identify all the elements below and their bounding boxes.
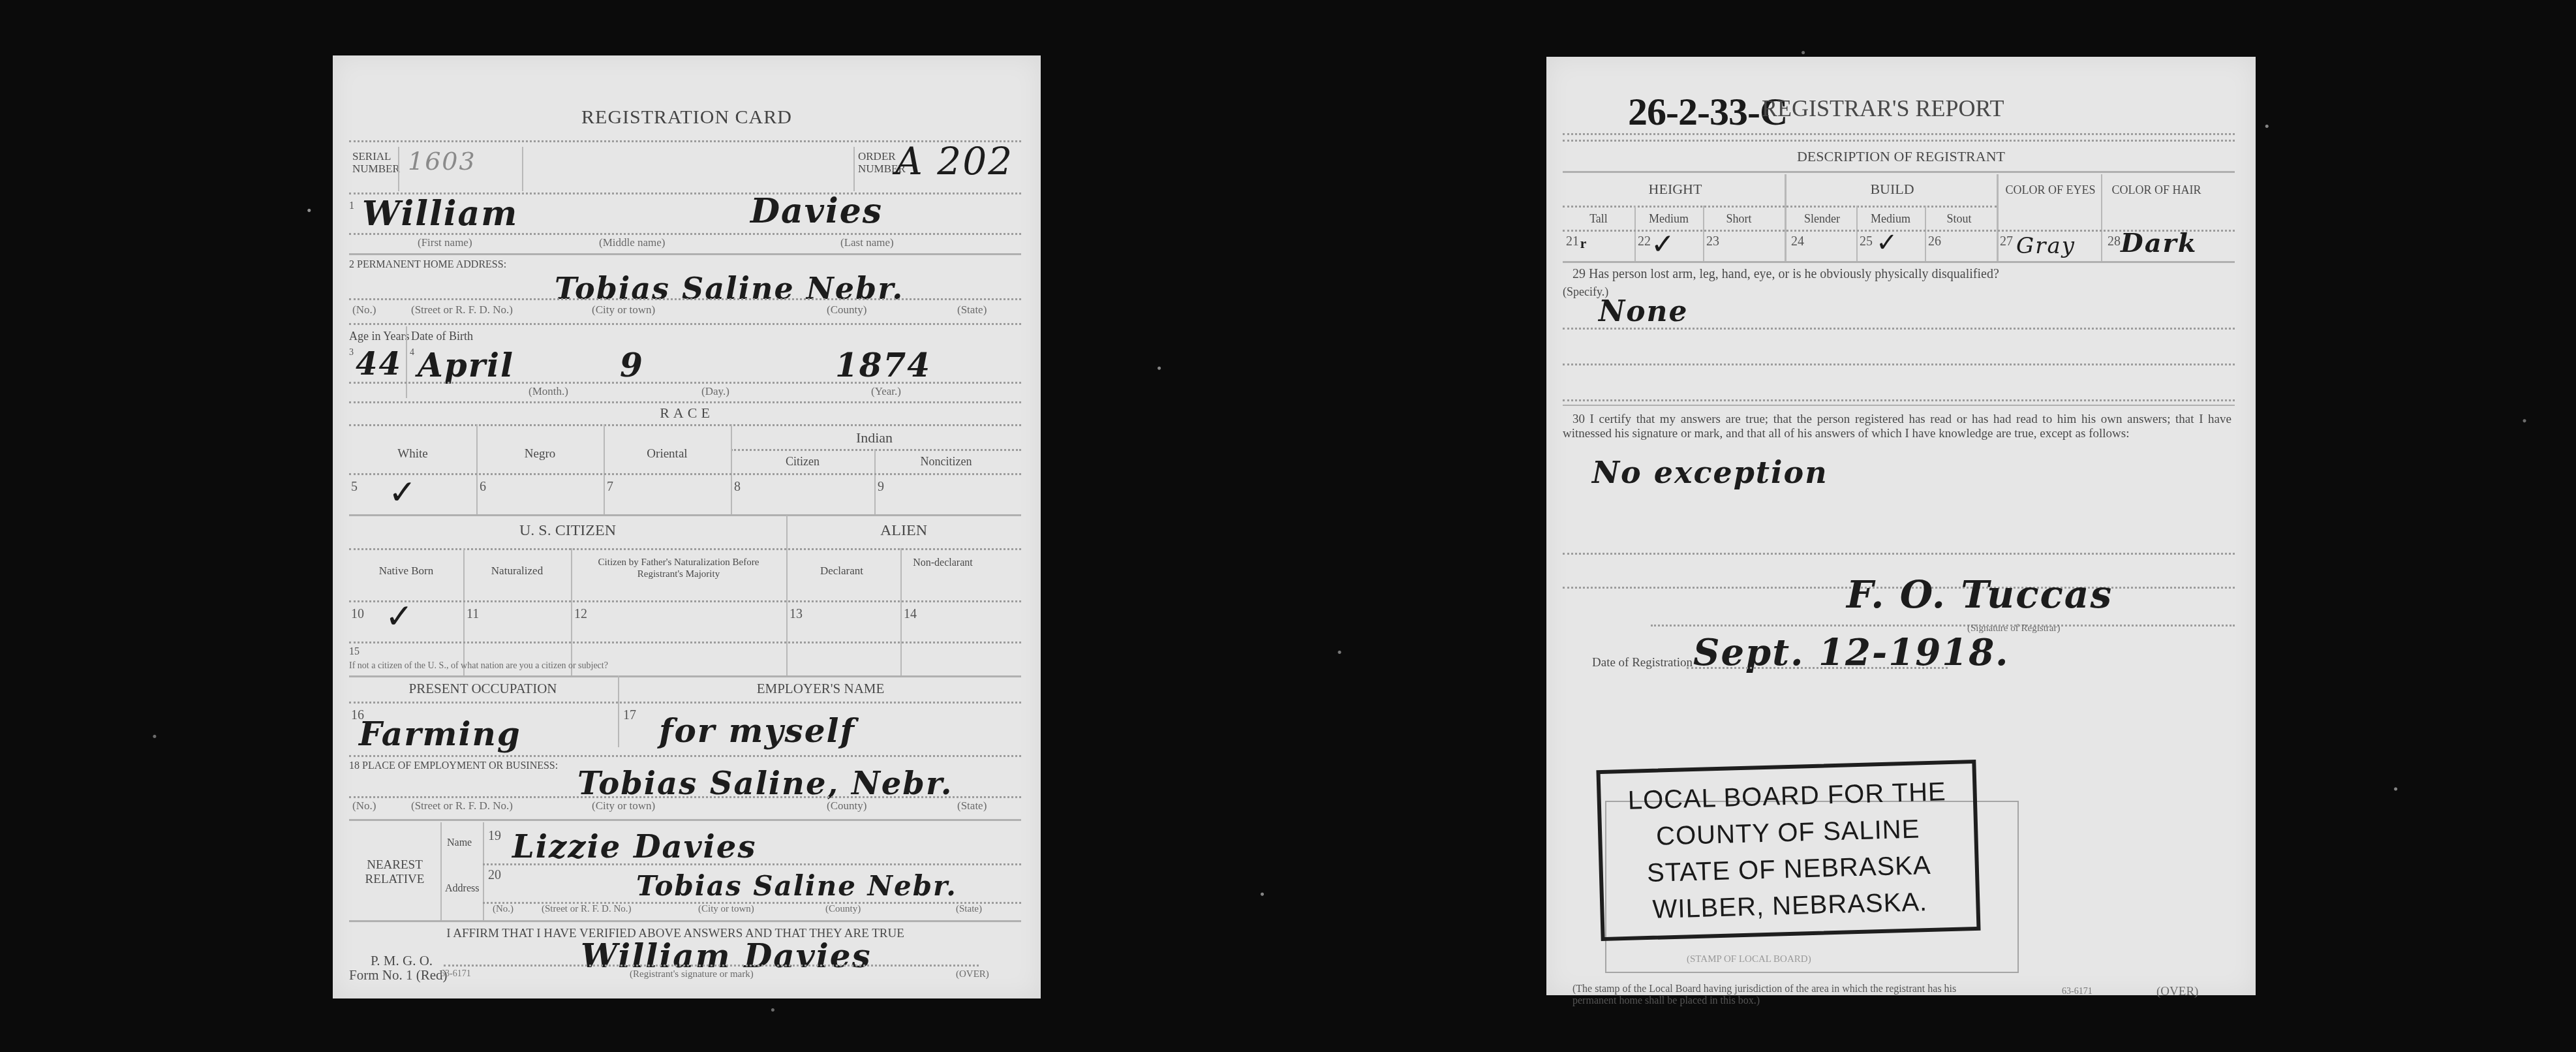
- relative-caption-street: (Street or R. F. D. No.): [542, 904, 632, 915]
- alien-col-declarant: Declarant: [786, 565, 897, 578]
- relative-address-label: Address: [445, 883, 479, 895]
- field-num: 21: [1566, 234, 1579, 249]
- field-num: 23: [1706, 234, 1719, 249]
- field-num: 14: [904, 607, 917, 622]
- employer-value: for myself: [659, 711, 855, 750]
- address-caption-county: (County): [827, 303, 866, 317]
- place-caption-state: (State): [957, 799, 987, 812]
- last-name-value: Davies: [750, 191, 883, 231]
- order-number-value: A 202: [895, 139, 1013, 183]
- alien-title: ALIEN: [786, 522, 1021, 540]
- field-num: 15: [349, 646, 360, 658]
- field-num: 19: [488, 829, 501, 844]
- field-num: 10: [351, 607, 364, 622]
- registration-card-front: REGISTRATION CARD SERIAL NUMBER 1603 ORD…: [333, 55, 1041, 998]
- stamp-caption: (STAMP OF LOCAL BOARD): [1687, 954, 1811, 965]
- field-num: 9: [878, 480, 884, 495]
- relative-caption-state: (State): [956, 904, 982, 915]
- place-of-employment-label: 18 PLACE OF EMPLOYMENT OR BUSINESS:: [349, 760, 558, 772]
- relative-caption-city: (City or town): [698, 904, 754, 915]
- relative-caption-county: (County): [825, 904, 861, 915]
- first-name-value: William: [362, 194, 518, 234]
- age-label: Age in Years: [349, 330, 410, 343]
- dob-caption-year: (Year.): [871, 385, 901, 398]
- field-num: 3: [349, 348, 354, 358]
- field15-question: If not a citizen of the U. S., of what n…: [349, 661, 608, 672]
- field-num: 12: [574, 607, 587, 622]
- home-address-value: Tobias Saline Nebr.: [555, 271, 904, 306]
- print-code: 63-6171: [2062, 987, 2093, 997]
- dob-year-value: 1874: [835, 346, 931, 384]
- race-col-negro: Negro: [476, 447, 604, 461]
- relative-address-value: Tobias Saline Nebr.: [636, 870, 957, 902]
- date-of-registration-label: Date of Registration: [1592, 656, 1693, 670]
- dob-day-value: 9: [620, 346, 644, 384]
- race-col-white: White: [349, 447, 476, 461]
- form-number-label: Form No. 1 (Red): [349, 967, 448, 983]
- over-label: (OVER): [2156, 985, 2198, 999]
- relative-caption-no: (No.): [493, 904, 514, 915]
- address-caption-city: (City or town): [592, 303, 655, 317]
- hair-color-value: Dark: [2121, 228, 2197, 258]
- race-col-indian: Indian: [731, 429, 1018, 446]
- first-name-caption: (First name): [418, 236, 472, 249]
- serial-number-label: SERIAL NUMBER: [352, 150, 398, 175]
- address-caption-state: (State): [957, 303, 987, 317]
- checkmark-icon: ✓: [385, 597, 414, 636]
- field-num: 13: [790, 607, 803, 622]
- field-num: 20: [488, 868, 501, 883]
- hair-title: COLOR OF HAIR: [2104, 183, 2209, 197]
- question-29-answer: None: [1599, 295, 1689, 328]
- relative-name-value: Lizzie Davies: [512, 829, 756, 865]
- field-num: 7: [607, 480, 613, 495]
- field-num: 8: [734, 480, 741, 495]
- dob-label: Date of Birth: [411, 330, 473, 343]
- race-col-indian-citizen: Citizen: [731, 455, 874, 469]
- signature-caption: (Registrant's signature or mark): [630, 969, 754, 980]
- place-caption-no: (No.): [352, 799, 376, 812]
- field-num: 17: [623, 708, 636, 723]
- field-num: 24: [1791, 234, 1804, 249]
- build-col-medium: Medium: [1856, 212, 1925, 226]
- stamp-instruction-note: (The stamp of the Local Board having jur…: [1572, 983, 1990, 1007]
- race-col-indian-noncitizen: Noncitizen: [874, 455, 1018, 469]
- height-col-medium: Medium: [1634, 212, 1703, 226]
- tall-mark-icon: ʳ: [1580, 233, 1586, 260]
- registration-card-back: 26-2-33-C REGISTRAR'S REPORT DESCRIPTION…: [1546, 57, 2256, 995]
- card-title: REGISTRATION CARD: [333, 106, 1041, 129]
- serial-number-value: 1603: [408, 147, 476, 176]
- question-30-answer: No exception: [1592, 455, 1828, 490]
- eyes-title: COLOR OF EYES: [2000, 183, 2101, 197]
- checkmark-icon: ✓: [1876, 228, 1898, 258]
- citizen-col-fathers-naturalization: Citizen by Father's Naturalization Befor…: [574, 557, 783, 580]
- dob-caption-day: (Day.): [701, 385, 729, 398]
- field-num: 27: [2000, 234, 2013, 249]
- nearest-relative-label: NEAREST RELATIVE: [349, 858, 440, 887]
- registrar-signature: F. O. Tuccas: [1847, 572, 2113, 617]
- checkmark-icon: ✓: [388, 473, 417, 512]
- question-30: 30 I certify that my answers are true; t…: [1563, 412, 2231, 441]
- occupation-title: PRESENT OCCUPATION: [349, 681, 617, 697]
- age-value: 44: [356, 346, 402, 382]
- dob-month-value: April: [418, 346, 514, 384]
- field-num: 5: [351, 480, 358, 495]
- build-col-slender: Slender: [1788, 212, 1856, 226]
- checkmark-icon: ✓: [1651, 228, 1675, 261]
- address-caption-no: (No.): [352, 303, 376, 317]
- field-num: 25: [1860, 234, 1873, 249]
- height-col-short: Short: [1703, 212, 1775, 226]
- employer-title: EMPLOYER'S NAME: [620, 681, 1021, 697]
- relative-name-label: Name: [447, 837, 472, 849]
- citizen-col-native-born: Native Born: [349, 565, 463, 578]
- place-caption-county: (County): [827, 799, 866, 812]
- field-num: 26: [1928, 234, 1941, 249]
- field-num: 1: [349, 200, 354, 212]
- place-caption-street: (Street or R. F. D. No.): [411, 799, 513, 812]
- home-address-label: 2 PERMANENT HOME ADDRESS:: [349, 259, 506, 271]
- order-number-label: ORDER NUMBER: [858, 150, 894, 175]
- description-title: DESCRIPTION OF REGISTRANT: [1546, 148, 2256, 165]
- occupation-value: Farming: [359, 715, 521, 753]
- dob-caption-month: (Month.): [529, 385, 568, 398]
- build-col-stout: Stout: [1925, 212, 1993, 226]
- local-board-stamp: LOCAL BOARD FOR THE COUNTY OF SALINE STA…: [1596, 760, 1980, 941]
- middle-name-caption: (Middle name): [599, 236, 666, 249]
- race-col-oriental: Oriental: [604, 447, 731, 461]
- us-citizen-title: U. S. CITIZEN: [349, 522, 786, 540]
- height-col-tall: Tall: [1563, 212, 1634, 226]
- field-num: 22: [1638, 234, 1651, 249]
- print-code: 63-6171: [440, 969, 471, 980]
- report-title: REGISTRAR'S REPORT: [1762, 95, 2004, 122]
- question-29: 29 Has person lost arm, leg, hand, eye, …: [1572, 267, 1999, 282]
- address-caption-street: (Street or R. F. D. No.): [411, 303, 513, 317]
- race-title: RACE: [333, 405, 1041, 422]
- field-num: 11: [467, 607, 479, 622]
- height-title: HEIGHT: [1563, 181, 1788, 198]
- last-name-caption: (Last name): [840, 236, 894, 249]
- field-num: 28: [2108, 234, 2121, 249]
- alien-col-nondeclarant: Non-declarant: [900, 557, 985, 569]
- over-label: (OVER): [956, 969, 989, 980]
- field-num: 4: [410, 348, 414, 358]
- field-num: 6: [480, 480, 486, 495]
- eyes-color-value: Gray: [2016, 233, 2076, 259]
- build-title: BUILD: [1788, 181, 1997, 198]
- citizen-col-naturalized: Naturalized: [463, 565, 571, 578]
- place-caption-city: (City or town): [592, 799, 655, 812]
